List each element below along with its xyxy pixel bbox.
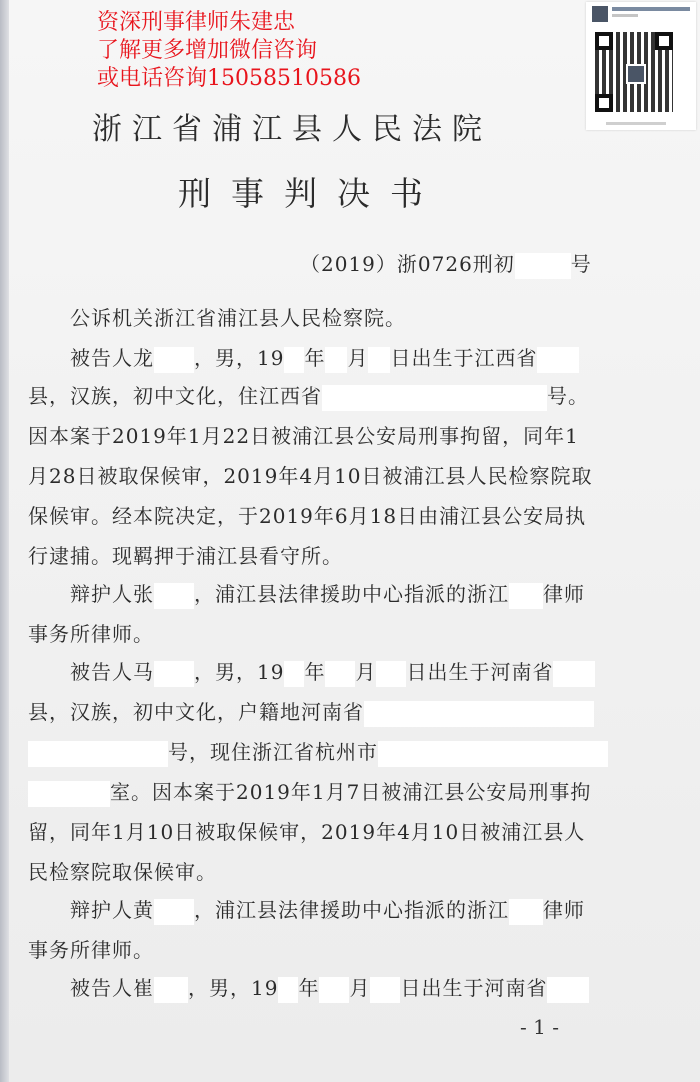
defendant-3-line-1: 被告人崔，男，19年月日出生于河南省 [70, 972, 589, 1003]
defendant-2-line-6: 民检察院取保候审。 [28, 856, 217, 885]
redaction [325, 347, 347, 373]
redaction [364, 701, 594, 727]
defendant-1-line-6: 行逮捕。现羁押于浦江县看守所。 [28, 540, 343, 569]
watermark-line-1: 资深刑事律师朱建忠 [97, 10, 295, 36]
redaction [553, 661, 595, 687]
redaction [28, 781, 110, 807]
watermark-line-2: 了解更多增加微信咨询 [97, 38, 317, 64]
defendant-2-line-4: 室。因本案于2019年1月7日被浦江县公安局刑事拘 [28, 776, 591, 807]
defendant-1-line-4: 月28日被取保候审，2019年4月10日被浦江县人民检察院取 [28, 460, 593, 489]
card-name [612, 7, 690, 11]
redaction [368, 347, 390, 373]
defendant-1-line-5: 保候审。经本院决定，于2019年6月18日由浦江县公安局执 [28, 500, 586, 529]
redaction [154, 347, 194, 373]
court-name: 浙江省浦江县人民法院 [92, 104, 492, 148]
defendant-2-line-1: 被告人马，男，19年月日出生于河南省 [70, 656, 595, 687]
case-number: （2019）浙0726刑初号 [300, 248, 592, 279]
redaction [154, 661, 194, 687]
redaction [278, 977, 298, 1003]
redaction [154, 583, 194, 609]
defender-1-line-2: 事务所律师。 [28, 618, 154, 647]
defender-1-line-1: 辩护人张，浦江县法律援助中心指派的浙江律师 [70, 578, 585, 609]
defendant-2-line-3: 号，现住浙江省杭州市 [28, 736, 608, 767]
defendant-1-line-2: 县，汉族，初中文化，住江西省号。 [28, 380, 589, 411]
redaction [378, 741, 608, 767]
qr-center-avatar [626, 64, 646, 84]
redaction [28, 741, 168, 767]
redaction [509, 899, 543, 925]
document-page: 资深刑事律师朱建忠 了解更多增加微信咨询 或电话咨询15058510586 浙江… [0, 0, 700, 1082]
document-title: 刑事判决书 [178, 168, 443, 215]
redaction [370, 977, 400, 1003]
defendant-2-line-5: 留，同年1月10日被取保候审，2019年4月10日被浦江县人 [28, 816, 585, 845]
avatar [592, 6, 608, 22]
redaction [509, 583, 543, 609]
page-number: - 1 - [520, 1015, 559, 1039]
defender-2-line-2: 事务所律师。 [28, 934, 154, 963]
redaction [325, 661, 355, 687]
wechat-qr-card [586, 2, 696, 130]
qr-finder-icon [595, 94, 613, 112]
redaction [154, 977, 188, 1003]
redaction [319, 977, 349, 1003]
defendant-1-line-1: 被告人龙，男，19年月日出生于江西省 [70, 342, 579, 373]
redaction [284, 661, 304, 687]
defender-2-line-1: 辩护人黄，浦江县法律援助中心指派的浙江律师 [70, 894, 585, 925]
qr-finder-icon [595, 32, 613, 50]
redaction [515, 253, 571, 279]
redaction [284, 347, 304, 373]
watermark-line-3: 或电话咨询15058510586 [97, 66, 361, 92]
prosecutor-line: 公诉机关浙江省浦江县人民检察院。 [70, 302, 406, 331]
redaction [547, 977, 589, 1003]
redaction [537, 347, 579, 373]
scan-edge [0, 0, 9, 1082]
redaction [154, 899, 194, 925]
redaction [376, 661, 406, 687]
redaction [322, 385, 547, 411]
card-subtitle [612, 14, 638, 17]
defendant-2-line-2: 县，汉族，初中文化，户籍地河南省 [28, 696, 594, 727]
qr-finder-icon [655, 32, 673, 50]
defendant-1-line-3: 因本案于2019年1月22日被浦江县公安局刑事拘留，同年1 [28, 420, 579, 449]
qr-caption [606, 122, 666, 125]
